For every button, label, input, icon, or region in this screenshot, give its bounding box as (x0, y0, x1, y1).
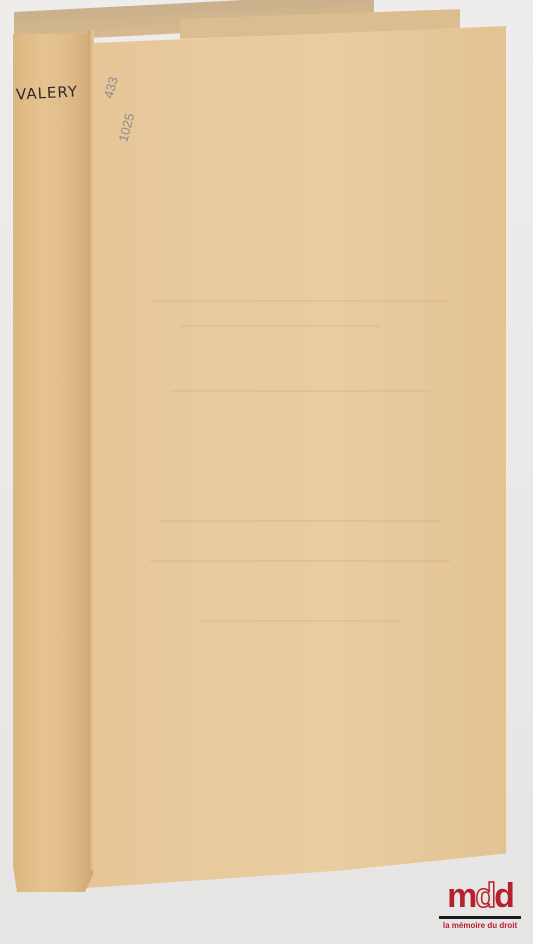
book-spine (13, 34, 93, 892)
bleed-through-line (180, 325, 380, 327)
spine-handwritten-label: VALERY (16, 82, 79, 103)
logo-d: d (494, 877, 513, 915)
bleed-through-line (170, 390, 430, 392)
logo-bar (439, 916, 521, 919)
bleed-through-line (150, 560, 450, 562)
bleed-through-line (200, 620, 400, 622)
bleed-through-line (150, 300, 450, 302)
book-front-cover (86, 26, 506, 888)
logo-d-outline: d (475, 877, 494, 915)
logo-tagline: la mémoire du droit (435, 921, 525, 930)
mdd-logo: mdd la mémoire du droit (435, 879, 525, 930)
bleed-through-line (160, 520, 440, 522)
spine-hinge (88, 30, 94, 870)
logo-wordmark: mdd (435, 879, 525, 913)
logo-m: m (447, 877, 475, 915)
